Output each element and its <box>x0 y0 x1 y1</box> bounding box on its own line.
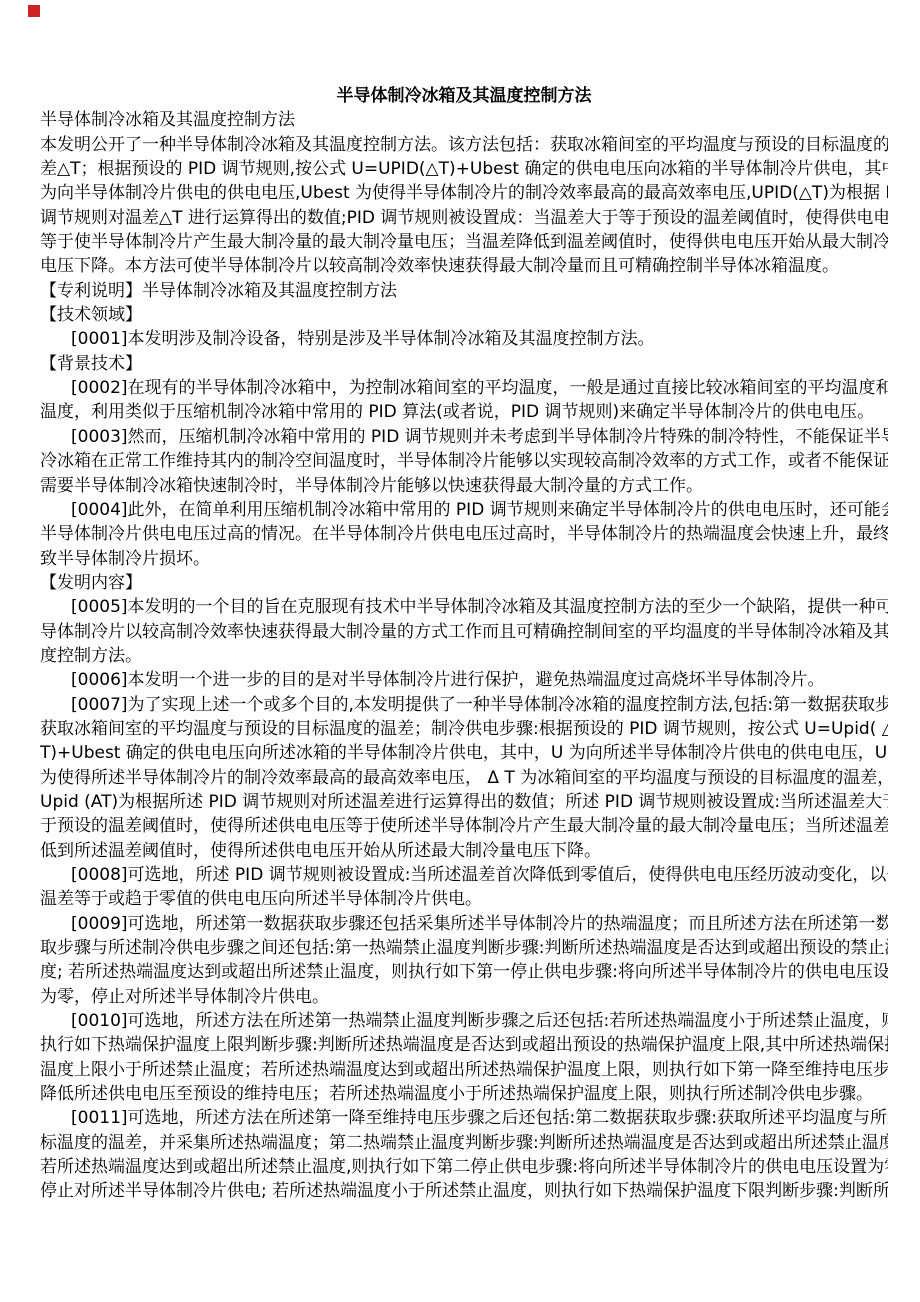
document-body: 半导体制冷冰箱及其温度控制方法半导体制冷冰箱及其温度控制方法本发明公开了一种半导… <box>40 84 888 1204</box>
text-line: [0004]此外，在简单利用压缩机制冷冰箱中常用的 PID 调节规则来确定半导体… <box>40 498 888 522</box>
document-title: 半导体制冷冰箱及其温度控制方法 <box>40 84 888 108</box>
text-line: 需要半导体制冷冰箱快速制冷时，半导体制冷片能够以快速获得最大制冷量的方式工作。 <box>40 474 888 498</box>
text-line: 温度上限小于所述禁止温度；若所述热端温度达到或超出所述热端保护温度上限，则执行如… <box>40 1058 888 1082</box>
text-line: 于预设的温差阈值时，使得所述供电电压等于使所述半导体制冷片产生最大制冷量的最大制… <box>40 814 888 838</box>
text-line: 降低所述供电电压至预设的维持电压；若所述热端温度小于所述热端保护温度上限，则执行… <box>40 1082 888 1106</box>
text-line: 停止对所述半导体制冷片供电; 若所述热端温度小于所述禁止温度，则执行如下热端保护… <box>40 1179 888 1203</box>
text-line: 差△T；根据预设的 PID 调节规则,按公式 U=UPID(△T)+Ubest … <box>40 157 888 181</box>
text-line: 温度，利用类似于压缩机制冷冰箱中常用的 PID 算法(或者说，PID 调节规则)… <box>40 400 888 424</box>
text-line: [0008]可选地，所述 PID 调节规则被设置成:当所述温差首次降低到零值后，… <box>40 863 888 887</box>
text-line: [0009]可选地，所述第一数据获取步骤还包括采集所述半导体制冷片的热端温度；而… <box>40 912 888 936</box>
text-line: 为使得所述半导体制冷片的制冷效率最高的最高效率电压， Δ T 为冰箱间室的平均温… <box>40 766 888 790</box>
text-line: [0001]本发明涉及制冷设备，特别是涉及半导体制冷冰箱及其温度控制方法。 <box>40 327 888 351</box>
text-line: 导体制冷片以较高制冷效率快速获得最大制冷量的方式工作而且可精确控制间室的平均温度… <box>40 620 888 644</box>
text-line: [0002]在现有的半导体制冷冰箱中，为控制冰箱间室的平均温度，一般是通过直接比… <box>40 376 888 400</box>
text-line: 为零，停止对所述半导体制冷片供电。 <box>40 985 888 1009</box>
red-square-marker <box>28 5 40 17</box>
text-line: 等于使半导体制冷片产生最大制冷量的最大制冷量电压；当温差降低到温差阈值时，使得供… <box>40 230 888 254</box>
text-line: 低到所述温差阈值时，使得所述供电电压开始从所述最大制冷量电压下降。 <box>40 839 888 863</box>
text-line: [0003]然而，压缩机制冷冰箱中常用的 PID 调节规则并未考虑到半导体制冷片… <box>40 425 888 449</box>
text-line: 本发明公开了一种半导体制冷冰箱及其温度控制方法。该方法包括：获取冰箱间室的平均温… <box>40 133 888 157</box>
text-line: 度控制方法。 <box>40 644 888 668</box>
text-line: [0011]可选地，所述方法在所述第一降至维持电压步骤之后还包括:第二数据获取步… <box>40 1106 888 1130</box>
text-line: 电压下降。本方法可使半导体制冷片以较高制冷效率快速获得最大制冷量而且可精确控制半… <box>40 254 888 278</box>
text-line: 半导体制冷片供电电压过高的情况。在半导体制冷片供电电压过高时，半导体制冷片的热端… <box>40 522 888 546</box>
text-line: 获取冰箱间室的平均温度与预设的目标温度的温差；制冷供电步骤:根据预设的 PID … <box>40 717 888 741</box>
text-line: 为向半导体制冷片供电的供电电压,Ubest 为使得半导体制冷片的制冷效率最高的最… <box>40 181 888 205</box>
text-line: [0010]可选地，所述方法在所述第一热端禁止温度判断步骤之后还包括:若所述热端… <box>40 1009 888 1033</box>
text-line: 度; 若所述热端温度达到或超出所述禁止温度，则执行如下第一停止供电步骤:将向所述… <box>40 960 888 984</box>
text-line: 温差等于或趋于零值的供电电压向所述半导体制冷片供电。 <box>40 887 888 911</box>
text-line: [0006]本发明一个进一步的目的是对半导体制冷片进行保护，避免热端温度过高烧坏… <box>40 668 888 692</box>
text-line: 取步骤与所述制冷供电步骤之间还包括:第一热端禁止温度判断步骤:判断所述热端温度是… <box>40 936 888 960</box>
text-line: T)+Ubest 确定的供电电压向所述冰箱的半导体制冷片供电，其中，U 为向所述… <box>40 741 888 765</box>
text-line: 执行如下热端保护温度上限判断步骤:判断所述热端温度是否达到或超出预设的热端保护温… <box>40 1033 888 1057</box>
text-line: 【发明内容】 <box>40 571 888 595</box>
text-line: 【专利说明】半导体制冷冰箱及其温度控制方法 <box>40 279 888 303</box>
text-line: 标温度的温差，并采集所述热端温度；第二热端禁止温度判断步骤:判断所述热端温度是否… <box>40 1131 888 1155</box>
text-line: [0005]本发明的一个目的旨在克服现有技术中半导体制冷冰箱及其温度控制方法的至… <box>40 595 888 619</box>
patent-document-page: 半导体制冷冰箱及其温度控制方法半导体制冷冰箱及其温度控制方法本发明公开了一种半导… <box>0 0 920 1302</box>
text-line: Upid (AT)为根据所述 PID 调节规则对所述温差进行运算得出的数值；所述… <box>40 790 888 814</box>
text-line: 调节规则对温差△T 进行运算得出的数值;PID 调节规则被设置成：当温差大于等于… <box>40 206 888 230</box>
text-line: 【背景技术】 <box>40 352 888 376</box>
text-line: 半导体制冷冰箱及其温度控制方法 <box>40 108 888 132</box>
text-line: 冷冰箱在正常工作维持其内的制冷空间温度时，半导体制冷片能够以实现较高制冷效率的方… <box>40 449 888 473</box>
text-line: 若所述热端温度达到或超出所述禁止温度,则执行如下第二停止供电步骤:将向所述半导体… <box>40 1155 888 1179</box>
text-line: 致半导体制冷片损坏。 <box>40 547 888 571</box>
text-line: 【技术领域】 <box>40 303 888 327</box>
text-line: [0007]为了实现上述一个或多个目的,本发明提供了一种半导体制冷冰箱的温度控制… <box>40 693 888 717</box>
